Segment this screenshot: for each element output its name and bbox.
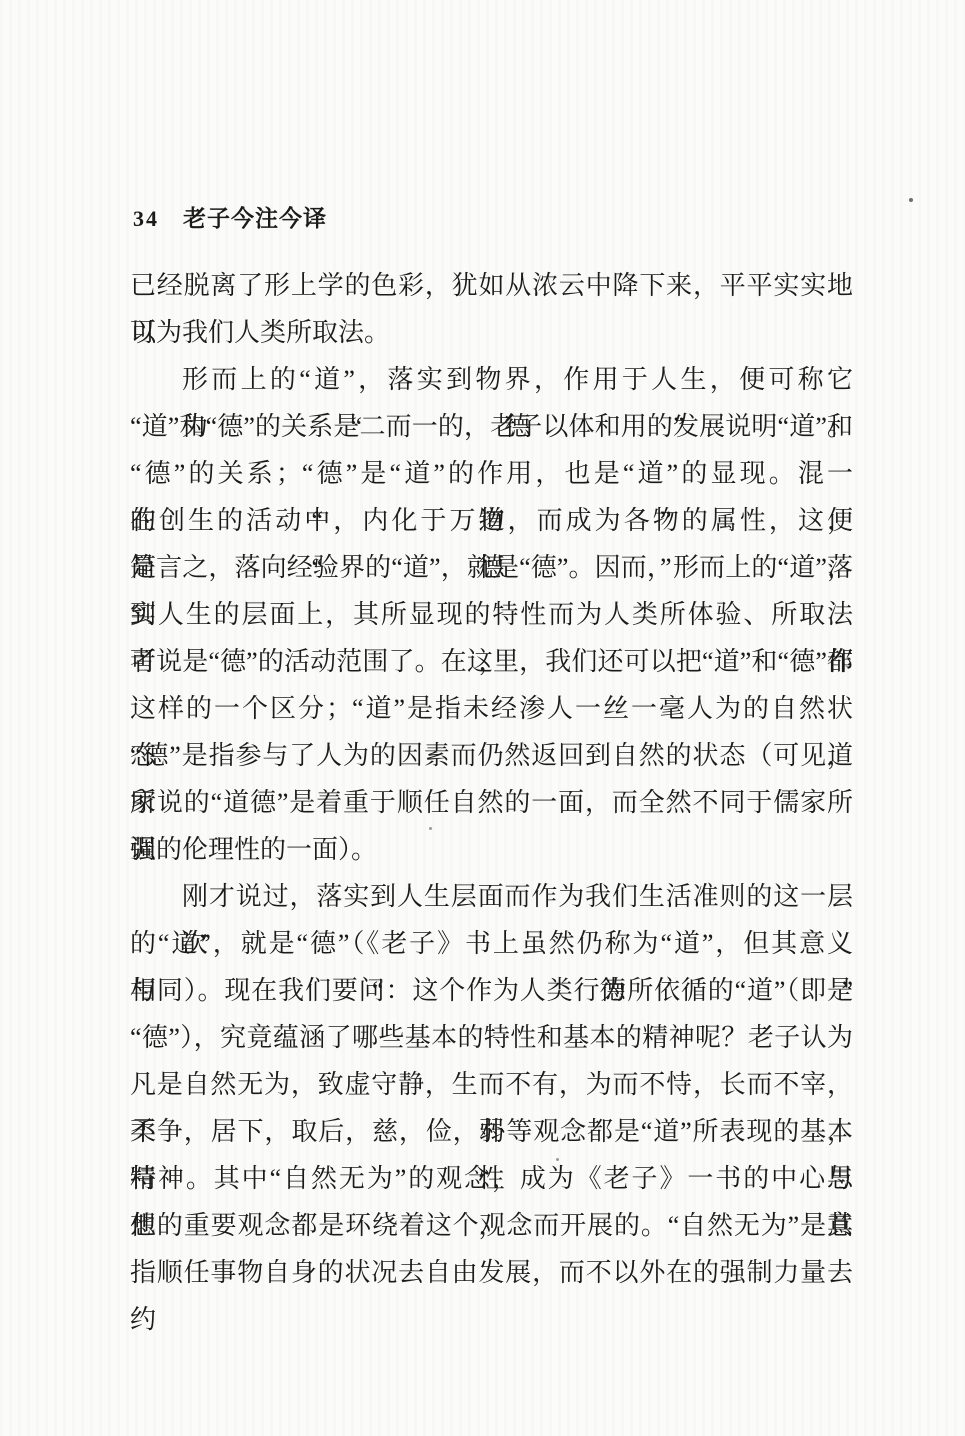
text-line: 的“道”，就是“德”（《老子》书上虽然仍称为“道”，但其意义与“德” bbox=[130, 920, 853, 967]
text-line: 精神。其中“自然无为”的观念，成为《老子》一书的中心思想，其 bbox=[130, 1155, 853, 1202]
text-line: 已经脱离了形上学的色彩，犹如从浓云中降下来，平平实实地可 bbox=[130, 262, 853, 309]
running-title: 老子今注今译 bbox=[183, 200, 327, 233]
text-line: “道”和“德”的关系是二而一的，老子以体和用的发展说明“道”和 bbox=[130, 403, 853, 450]
text-line: “德”是指参与了人为的因素而仍然返回到自然的状态（可见道家 bbox=[130, 732, 853, 779]
text-line: 简言之，落向经验界的“道”，就是“德”。因而，形而上的“道”落实 bbox=[130, 544, 853, 591]
text-line: 刚才说过，落实到人生层面而作为我们生活准则的这一层次 bbox=[130, 873, 853, 920]
text-line: “德”的关系；“德”是“道”的作用，也是“道”的显现。混一的“道”， bbox=[130, 450, 853, 497]
body-text: 已经脱离了形上学的色彩，犹如从浓云中降下来，平平实实地可 以为我们人类所取法。 … bbox=[130, 262, 853, 1296]
text-line: 调的伦理性的一面）。 bbox=[130, 826, 853, 873]
page-header: 34 老子今注今译 bbox=[133, 200, 327, 233]
text-line: 他的重要观念都是环绕着这个观念而开展的。“自然无为”是意 bbox=[130, 1202, 853, 1249]
text-line: 指顺任事物自身的状况去自由发展，而不以外在的强制力量去约 bbox=[130, 1249, 853, 1296]
text-line: 不争，居下，取后，慈，俭，朴等观念都是“道”所表现的基本特性与 bbox=[130, 1108, 853, 1155]
text-line: 凡是自然无为，致虚守静，生而不有，为而不恃，长而不宰，柔弱， bbox=[130, 1061, 853, 1108]
scan-speck bbox=[909, 198, 913, 202]
text-line: 所说的“道德”是着重于顺任自然的一面，而全然不同于儒家所强 bbox=[130, 779, 853, 826]
text-line: 可说是“德”的活动范围了。在这里，我们还可以把“道”和“德”作 bbox=[130, 638, 853, 685]
page-number: 34 bbox=[133, 206, 159, 232]
text-line: 以为我们人类所取法。 bbox=[130, 309, 853, 356]
text-line: 这样的一个区分；“道”是指未经渗人一丝一毫人为的自然状态， bbox=[130, 685, 853, 732]
text-line: “德”），究竟蕴涵了哪些基本的特性和基本的精神呢？老子认为 bbox=[130, 1014, 853, 1061]
text-line: 相同）。现在我们要问：这个作为人类行为所依循的“道”（即是 bbox=[130, 967, 853, 1014]
text-line: 形而上的“道”，落实到物界，作用于人生，便可称它为“德”。 bbox=[130, 356, 853, 403]
text-line: 在创生的活动中，内化于万物，而成为各物的属性，这便是“德”， bbox=[130, 497, 853, 544]
text-line: 到人生的层面上，其所显现的特性而为人类所体验、所取法者，都 bbox=[130, 591, 853, 638]
